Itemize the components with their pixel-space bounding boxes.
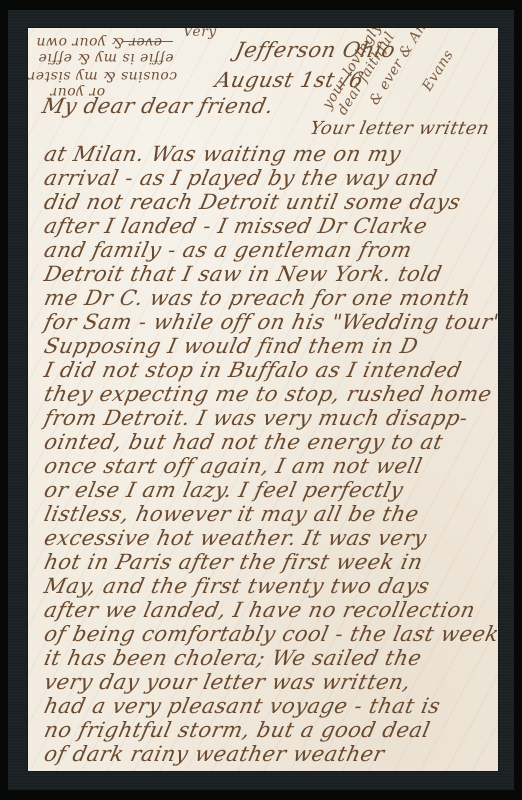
body-line-27-text: of dark rainy weather weather [42,742,387,766]
frame-left-edge [0,0,8,800]
body-line-7: Detroit that I saw in New York. told [42,262,444,286]
body-line-3: arrival - as I played by the way and [42,166,440,190]
frame-top-edge [0,0,522,10]
body-line-25: had a very pleasant voyage - that is [42,694,443,718]
top-fragment: Very [183,28,217,40]
frame-bottom-edge [0,790,522,800]
body-line-8: me Dr C. was to preach for one month [42,286,473,310]
body-line-26: no frightful storm, but a good deal [42,718,432,742]
body-line-27: of dark rainy weather weather [42,742,387,766]
body-line-12: they expecting me to stop, rushed home [42,382,494,406]
body-line-1: Your letter written [308,118,491,139]
body-line-16: or else I am lazy. I feel perfectly [42,478,406,502]
frame-right-edge [514,0,522,800]
margin-note-upside-3: cousins & my sister [28,68,177,84]
body-line-19: hot in Paris after the first week in [42,550,425,574]
body-line-6: and family - as a gentleman from [42,238,414,262]
margin-note-upside-1: ever & your own [36,34,162,50]
body-line-14: ointed, but had not the energy to at [42,430,445,454]
body-line-23: it has been cholera; We sailed the [42,646,424,670]
body-line-18: excessive hot weather. It was very [42,526,429,550]
body-line-17: listless, however it may all be the [42,502,421,526]
body-line-10: Supposing I would find them in D [42,334,420,358]
margin-note-diag-4: Evans [419,47,457,94]
body-line-15: once start off again, I am not well [42,454,425,478]
body-line-13: from Detroit. I was very much disapp- [42,406,470,430]
body-line-5: after I landed - I missed Dr Clarke [42,214,430,238]
body-line-11: I did not stop in Buffalo as I intended [42,358,464,382]
letter-page: Very ever & your own effie is my & effie… [28,28,498,771]
body-line-24: very day your letter was written, [42,670,413,694]
margin-note-upside-2: effie is my & effie [38,50,173,66]
body-line-9: for Sam - while off on his "Wedding tour… [42,310,498,334]
salutation: My dear dear friend. [40,94,276,118]
body-line-20: May, and the first twenty two days [42,574,432,598]
body-line-2: at Milan. Was waiting me on my [42,142,403,166]
body-line-21: after we landed, I have no recollection [42,598,478,622]
body-line-4: did not reach Detroit until some days [42,190,463,214]
body-line-22: of being comfortably cool - the last wee… [42,622,498,646]
